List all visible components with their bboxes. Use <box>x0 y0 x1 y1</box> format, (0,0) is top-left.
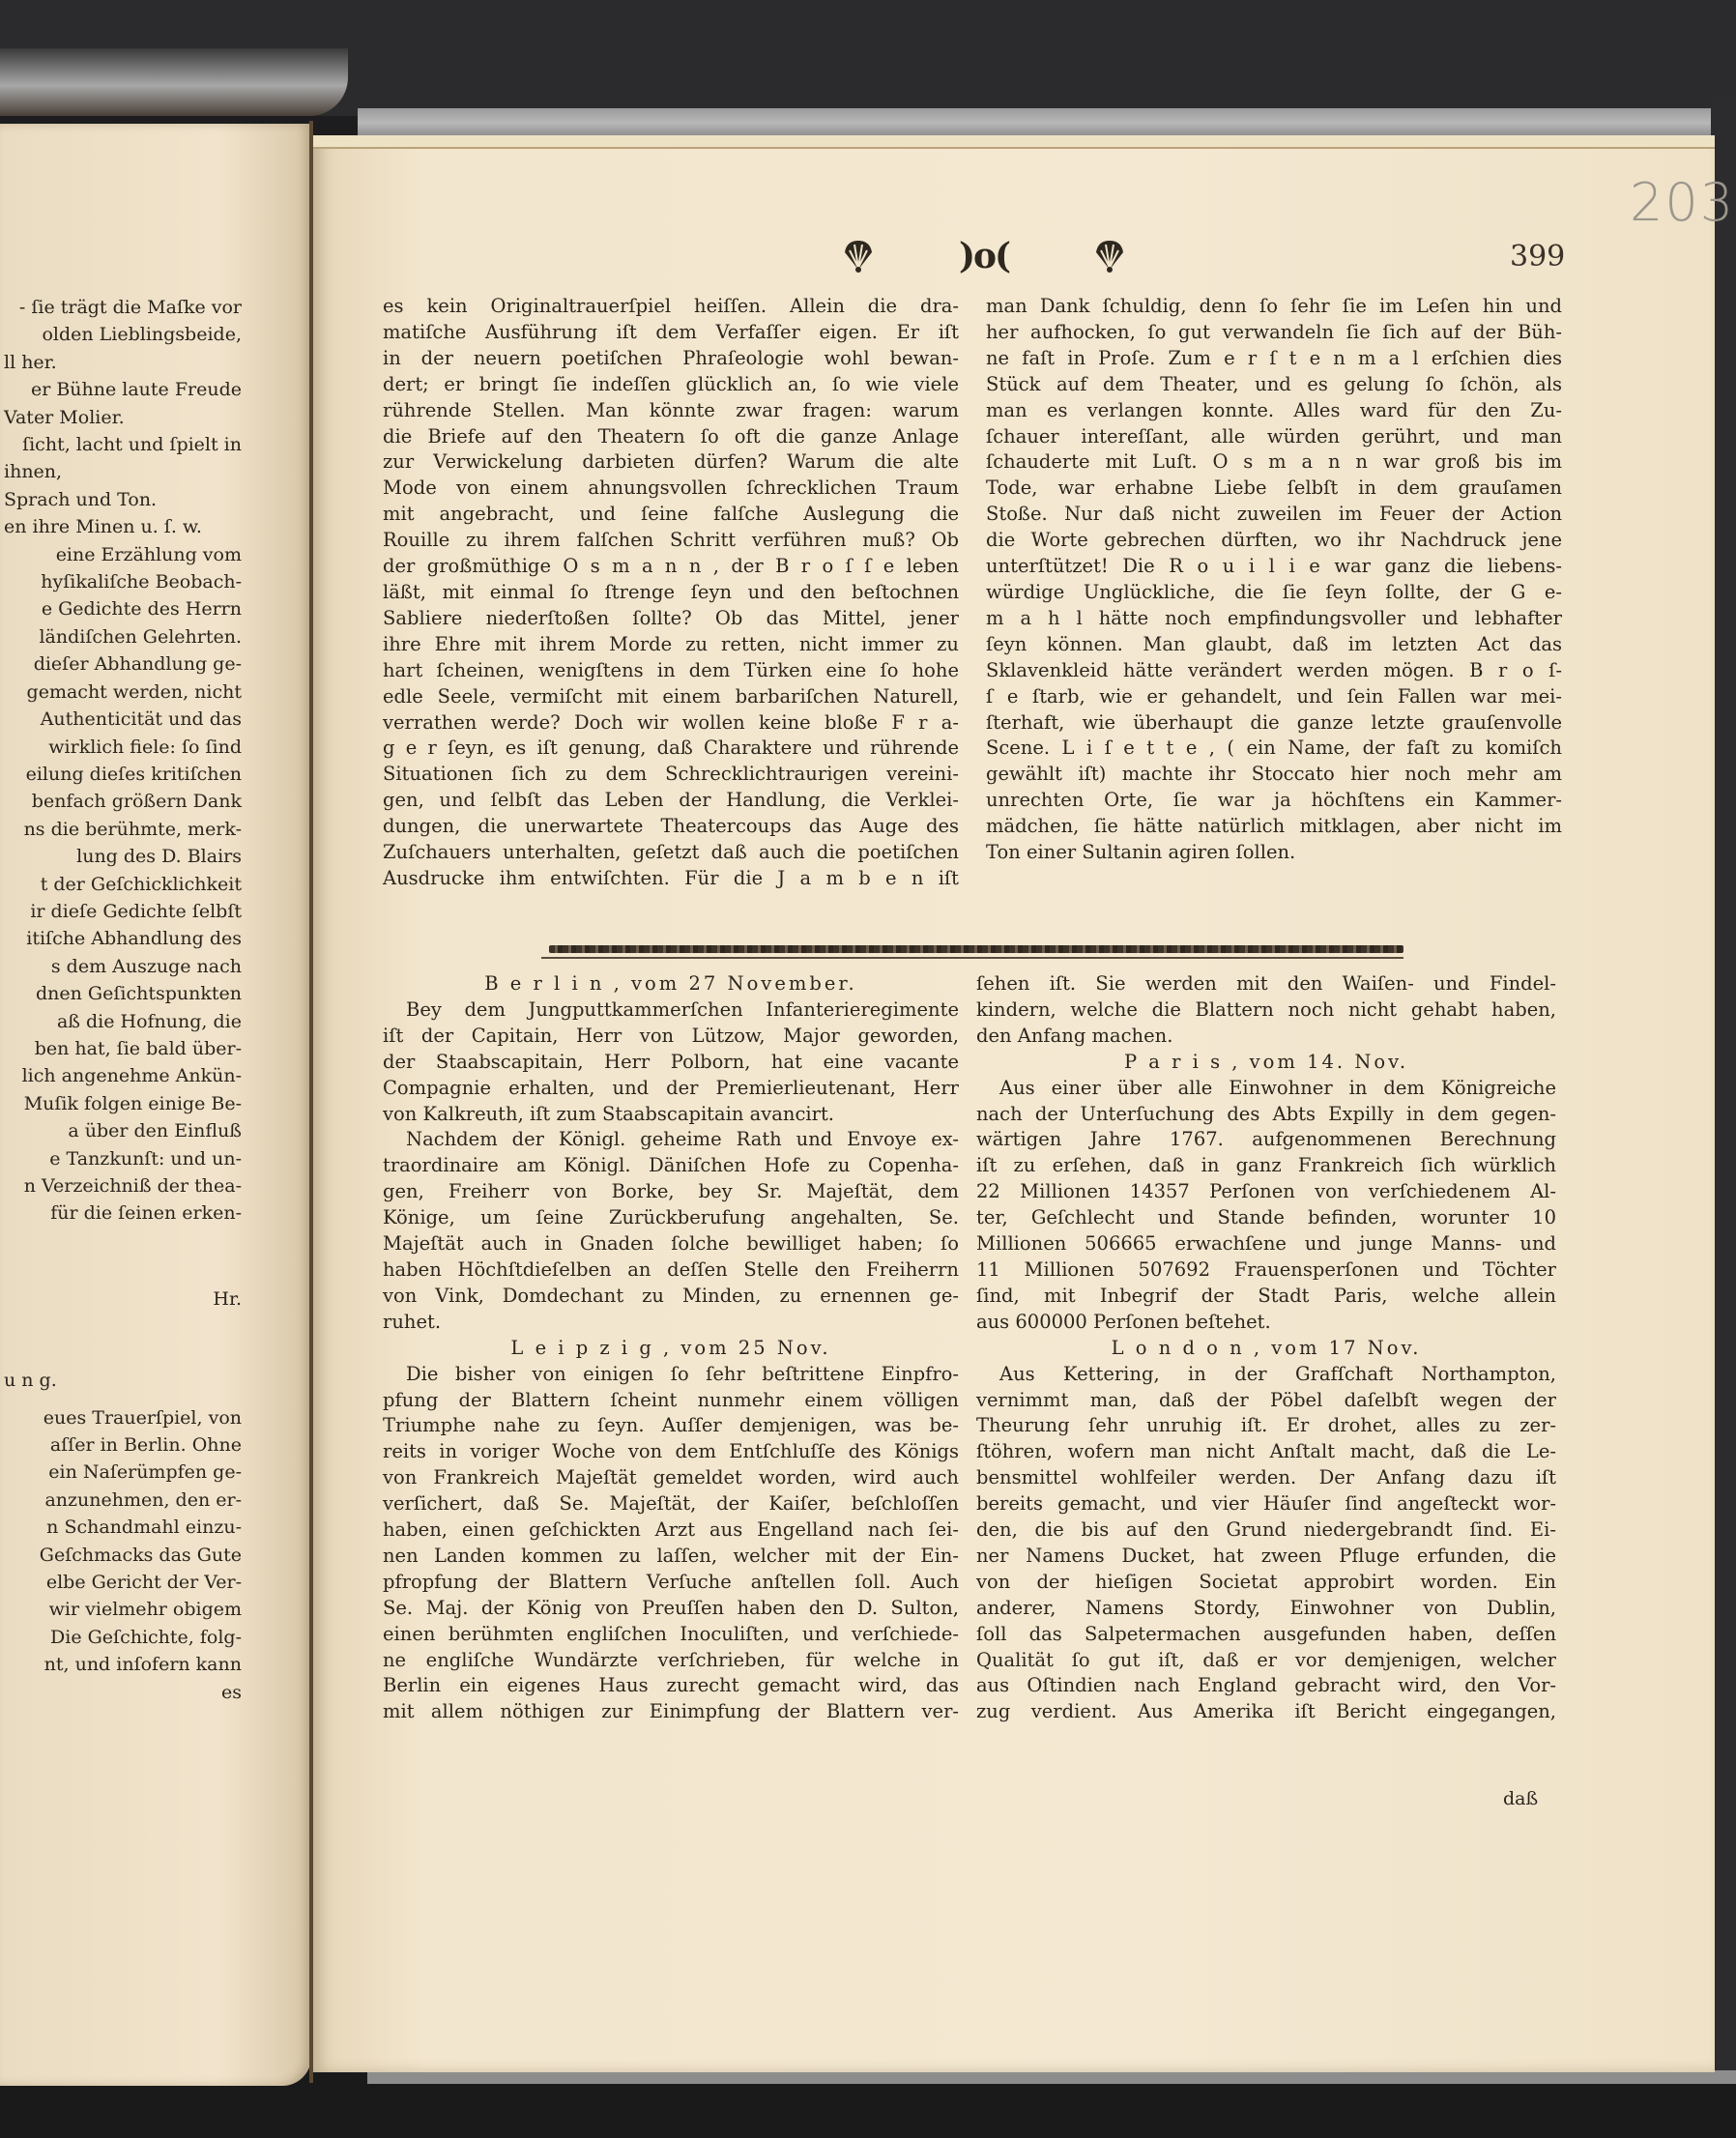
spacer <box>4 1313 242 1367</box>
news-column-left: B e r l i n , vom 27 November.Bey dem Ju… <box>383 971 959 1725</box>
left-page-line: aß die Hofnung, die <box>4 1008 242 1035</box>
review-line: g e r ſeyn, es iſt genung, daß Charakter… <box>383 736 959 762</box>
left-page-line: t der Geſchicklichkeit <box>4 871 242 898</box>
book-cover-edge-left <box>0 48 348 116</box>
section-heading: u n g. <box>4 1367 242 1394</box>
left-page-line: olden Lieblingsbeide, <box>4 321 242 348</box>
left-page-line: Authenticität und das <box>4 706 242 733</box>
review-line: Sabliere niederſtoßen ſollte? Ob das Mit… <box>383 606 959 632</box>
signature: Hr. <box>4 1286 242 1313</box>
left-page-line: lung des D. Blairs <box>4 843 242 870</box>
news-line: nach der Unterſuchung des Abts Expilly i… <box>976 1102 1556 1128</box>
news-line: verſichert, daß Se. Majeſtät, der Kaiſer… <box>383 1491 959 1517</box>
news-line: haben Höchſtdieſelben an deſſen Stelle d… <box>383 1257 959 1284</box>
news-line: Aus einer über alle Einwohner in dem Kön… <box>976 1076 1556 1102</box>
review-line: her aufhocken, ſo gut verwandeln ſie ſic… <box>986 320 1562 346</box>
news-line: ner Namens Ducket, hat zween Pfluge erfu… <box>976 1544 1556 1570</box>
review-line: Zuſchauers unterhalten, geſetzt daß auch… <box>383 840 959 866</box>
left-page-line: anzunehmen, den er- <box>4 1487 242 1514</box>
left-page-line: gemacht werden, nicht <box>4 679 242 706</box>
left-page-line: e Tanzkunſt: und un- <box>4 1145 242 1172</box>
news-line: 22 Millionen 14357 Perſonen von verſchie… <box>976 1179 1556 1205</box>
review-line: dungen, die unerwartete Theatercoups das… <box>383 814 959 840</box>
news-line: kindern, welche die Blattern noch nicht … <box>976 997 1556 1024</box>
left-page-line: itiſche Abhandlung des <box>4 925 242 952</box>
review-line: gewählt iſt) machte ihr Stoccato hier no… <box>986 762 1562 788</box>
dateline-paris: P a r i s , vom 14. Nov. <box>976 1050 1556 1076</box>
left-page-line: a über den Einfluß <box>4 1117 242 1144</box>
left-page-line: ein Naſerümpfen ge- <box>4 1459 242 1486</box>
left-page-line: dieſer Abhandlung ge- <box>4 650 242 678</box>
review-line: Situationen ſich zu dem Schrecklichtraur… <box>383 762 959 788</box>
spacer <box>4 1395 242 1404</box>
news-line: den, die bis auf den Grund niedergebrand… <box>976 1517 1556 1544</box>
review-line: man Dank ſchuldig, denn ſo ſehr ſie im L… <box>986 294 1562 320</box>
book-cover-edge-bottom <box>367 2070 1736 2084</box>
section-divider-thin-rule <box>541 957 1403 959</box>
news-line: aus 600000 Perſonen beſtehet. <box>976 1310 1556 1336</box>
review-line: unrechten Orte, ſie war ja höchſtens ein… <box>986 788 1562 814</box>
left-page-line: ben hat, ſie bald über- <box>4 1035 242 1062</box>
review-line: mit angebracht, und ſeine falſche Ausleg… <box>383 502 959 528</box>
shell-ornament-icon <box>839 239 878 274</box>
review-line: Tode, war erhabne Liebe ſelbſt in dem gr… <box>986 476 1562 502</box>
news-line: 11 Millionen 507692 Frauensperſonen und … <box>976 1257 1556 1284</box>
review-line: der großmüthige O s m a n n , der B r o … <box>383 554 959 580</box>
left-page-line: Muſik folgen einige Be- <box>4 1090 242 1117</box>
review-line: läßt, mit einmal ſo ſtrenge ſeyn und den… <box>383 580 959 606</box>
left-page-line: Sprach und Ton. <box>4 486 242 513</box>
review-line: würdige Unglückliche, die ſie ſeyn ſollt… <box>986 580 1562 606</box>
review-line: gen, und ſelbſt das Leben der Handlung, … <box>383 788 959 814</box>
news-line: wärtigen Jahre 1767. aufgenommenen Berec… <box>976 1127 1556 1153</box>
news-line: ruhet. <box>383 1310 959 1336</box>
left-page-line: Geſchmacks das Gute <box>4 1542 242 1569</box>
left-page-line: elbe Gericht der Ver- <box>4 1569 242 1596</box>
review-line: Rouille zu ihrem falſchen Schritt verfüh… <box>383 528 959 554</box>
review-line: ſterhaft, wie überhaupt die ganze letzte… <box>986 710 1562 737</box>
page-number: 399 <box>1510 240 1565 274</box>
left-page-line: e Gedichte des Herrn <box>4 595 242 622</box>
news-line: von Kalkreuth, iſt zum Staabscapitain av… <box>383 1102 959 1128</box>
spacer <box>4 1228 242 1286</box>
left-page-line: - ſie trägt die Maſke vor <box>4 294 242 321</box>
news-line: ſind, mit Inbegrif der Stadt Paris, welc… <box>976 1284 1556 1310</box>
review-line: rührende Stellen. Man könnte zwar fragen… <box>383 398 959 424</box>
review-column-left: es kein Originaltrauerſpiel heiſſen. All… <box>383 294 959 892</box>
review-line: unterſtützet! Die R o u i l i e war ganz… <box>986 554 1562 580</box>
review-column-right: man Dank ſchuldig, denn ſo ſehr ſie im L… <box>986 294 1562 866</box>
news-line: Aus Kettering, in der Grafſchaft Northam… <box>976 1362 1556 1388</box>
left-page-line: dnen Geſichtspunkten <box>4 980 242 1007</box>
left-page-line: hyſikaliſche Beobach- <box>4 568 242 595</box>
book-cover-edge-top <box>358 108 1736 137</box>
review-line: man es verlangen konnte. Alles ward für … <box>986 398 1562 424</box>
review-line: hart ſcheinen, wenigſtens in dem Türken … <box>383 658 959 684</box>
left-page-line: eues Trauerſpiel, von <box>4 1404 242 1431</box>
news-line: iſt der Capitain, Herr von Lützow, Major… <box>383 1024 959 1050</box>
left-page-line: ſicht, lacht und ſpielt in <box>4 431 242 458</box>
review-line: die Briefe auf den Theatern ſo oft die g… <box>383 424 959 450</box>
review-line: Sklavenkleid hätte verändert werden möge… <box>986 658 1562 684</box>
left-page-line: s dem Auszuge nach <box>4 953 242 980</box>
news-line: ter, Geſchlecht und Stande befinden, wor… <box>976 1205 1556 1231</box>
review-line: ſ e ſtarb, wie er gehandelt, und ſein Fa… <box>986 684 1562 710</box>
news-line: Millionen 506665 erwachſene und junge Ma… <box>976 1231 1556 1257</box>
review-line: ſeyn können. Man glaubt, daß im letzten … <box>986 632 1562 658</box>
shell-ornament-icon <box>1090 239 1129 274</box>
left-page-line: Vater Molier. <box>4 404 242 431</box>
news-line: vernimmt man, daß der Pöbel daſelbſt weg… <box>976 1388 1556 1414</box>
news-line: Bey dem Jungputtkammerſchen Infanteriere… <box>383 997 959 1024</box>
news-line: den Anfang machen. <box>976 1024 1556 1050</box>
review-line: in der neuern poetiſchen Phraſeologie wo… <box>383 346 959 372</box>
news-line: haben, einen geſchickten Arzt aus Engell… <box>383 1517 959 1544</box>
review-line: verrathen werde? Doch wir wollen keine b… <box>383 710 959 737</box>
news-line: ſehen iſt. Sie werden mit den Waiſen- un… <box>976 971 1556 997</box>
news-line: einen berühmten engliſchen Inoculiſten, … <box>383 1622 959 1648</box>
left-page-line: nt, und inſofern kann <box>4 1651 242 1678</box>
section-divider-rule <box>549 945 1403 953</box>
news-line: der Staabscapitain, Herr Polborn, hat ei… <box>383 1050 959 1076</box>
dateline-leipzig: L e i p z i g , vom 25 Nov. <box>383 1336 959 1362</box>
dateline-london: L o n d o n , vom 17 Nov. <box>976 1336 1556 1362</box>
news-line: Nachdem der Königl. geheime Rath und Env… <box>383 1127 959 1153</box>
left-page-line: ir dieſe Gedichte ſelbſt <box>4 898 242 925</box>
review-line: Ton einer Sultanin agiren ſollen. <box>986 840 1562 866</box>
left-page-line: aſſer in Berlin. Ohne <box>4 1431 242 1459</box>
left-page-line: lich angenehme Ankün- <box>4 1062 242 1089</box>
news-line: Könige, um ſeine Zurückberufung angehalt… <box>383 1205 959 1231</box>
news-line: ne engliſche Wundärzte verſchrieben, für… <box>383 1648 959 1674</box>
review-line: zur Verwickelung darbieten dürfen? Warum… <box>383 449 959 476</box>
review-line: ne faſt in Proſe. Zum e r ſ t e n m a l … <box>986 346 1562 372</box>
left-page-line: eilung dieſes kritiſchen <box>4 761 242 788</box>
news-line: zug verdient. Aus Amerika iſt Bericht ei… <box>976 1699 1556 1725</box>
news-line: Majeſtät auch in Gnaden ſolche bewillige… <box>383 1231 959 1257</box>
news-line: reits in voriger Woche von dem Entſchluſ… <box>383 1439 959 1465</box>
news-line: gen, Freiherr von Borke, bey Sr. Majeſtä… <box>383 1179 959 1205</box>
review-line: Ausdrucke ihm entwiſchten. Für die J a m… <box>383 866 959 892</box>
left-page-text-column: - ſie trägt die Maſke vorolden Lieblings… <box>4 294 242 1706</box>
news-line: bereits gemacht, und vier Häuſer ſind an… <box>976 1491 1556 1517</box>
news-line: Se. Maj. der König von Preuſſen haben de… <box>383 1596 959 1622</box>
ornament-center-glyph: )o( <box>959 236 1009 276</box>
news-line: ſoll das Salpetermachen ausgefunden habe… <box>976 1622 1556 1648</box>
news-line: iſt zu erſehen, daß in ganz Frankreich ſ… <box>976 1153 1556 1179</box>
news-line: von Vink, Domdechant zu Minden, zu ernen… <box>383 1284 959 1310</box>
left-page-line: n Verzeichniß der thea- <box>4 1172 242 1199</box>
left-page-line: wirklich fiele: ſo ſind <box>4 734 242 761</box>
left-page-line: er Bühne laute Freude <box>4 376 242 403</box>
left-page-line: für die ſeinen erken- <box>4 1199 242 1227</box>
news-line: Berlin ein eigenes Haus zurecht gemacht … <box>383 1673 959 1699</box>
review-line: matiſche Ausführung iſt dem Verfaſſer ei… <box>383 320 959 346</box>
archive-page-number: 203 <box>1630 172 1735 233</box>
news-column-right: ſehen iſt. Sie werden mit den Waiſen- un… <box>976 971 1556 1725</box>
review-line: Scene. L i ſ e t t e , ( ein Name, der f… <box>986 736 1562 762</box>
review-line: ſchauderte mit Luſt. O s m a n n war gro… <box>986 449 1562 476</box>
news-line: Die bisher von einigen ſo ſehr beſtritte… <box>383 1362 959 1388</box>
review-line: ihre Ehre mit ihrem Morde zu retten, nic… <box>383 632 959 658</box>
news-line: von Frankreich Majeſtät gemeldet worden,… <box>383 1465 959 1491</box>
review-line: die Worte gebrechen dürften, wo ihr Nach… <box>986 528 1562 554</box>
news-line: ſtöhren, wofern man nicht Anſtalt macht,… <box>976 1439 1556 1465</box>
dateline-berlin: B e r l i n , vom 27 November. <box>383 971 959 997</box>
review-line: Stoße. Nur daß nicht zuweilen im Feuer d… <box>986 502 1562 528</box>
news-line: aus Oſtindien nach England gebracht wird… <box>976 1673 1556 1699</box>
review-line: es kein Originaltrauerſpiel heiſſen. All… <box>383 294 959 320</box>
news-line: Theurung ſehr unruhig iſt. Er drohet, al… <box>976 1413 1556 1439</box>
catchword-right: daß <box>1503 1788 1538 1809</box>
news-line: pfropfung der Blattern Verſuche anſtelle… <box>383 1570 959 1596</box>
catchword-left: es <box>4 1679 242 1706</box>
review-line: dert; er bringt ſie indeſſen glücklich a… <box>383 372 959 398</box>
left-page-line: ihnen, <box>4 458 242 485</box>
news-line: anderer, Namens Stordy, Einwohner von Du… <box>976 1596 1556 1622</box>
review-line: Mode von einem ahnungsvollen ſchrecklich… <box>383 476 959 502</box>
review-line: edle Seele, vermiſcht mit einem barbariſ… <box>383 684 959 710</box>
news-line: Compagnie erhalten, und der Premierlieut… <box>383 1076 959 1102</box>
news-line: nen Landen kommen zu laſſen, welcher mit… <box>383 1544 959 1570</box>
news-line: traordinaire am Königl. Däniſchen Hofe z… <box>383 1153 959 1179</box>
news-line: mit allem nöthigen zur Einimpfung der Bl… <box>383 1699 959 1725</box>
news-line: von der hieſigen Societat approbirt word… <box>976 1570 1556 1596</box>
left-page-line: Die Geſchichte, folg- <box>4 1624 242 1651</box>
news-line: Triumphe nahe zu ſeyn. Auſſer demjenigen… <box>383 1413 959 1439</box>
left-page-line: ll her. <box>4 349 242 376</box>
left-page-line: benfach größern Dank <box>4 788 242 815</box>
review-line: mädchen, ſie hätte natürlich mitklagen, … <box>986 814 1562 840</box>
review-line: Stück auf dem Theater, und es gelung ſo … <box>986 372 1562 398</box>
left-page-line: wir vielmehr obigem <box>4 1596 242 1623</box>
header-ornament: )o( <box>839 236 1129 276</box>
review-line: ſchauer intereſſant, alle würden gerührt… <box>986 424 1562 450</box>
news-line: bensmittel wohlfeiler werden. Der Anfang… <box>976 1465 1556 1491</box>
left-page-line: en ihre Minen u. ſ. w. <box>4 513 242 540</box>
left-page-line: eine Erzählung vom <box>4 541 242 568</box>
left-page-line: ns die berühmte, merk- <box>4 816 242 843</box>
review-line: m a h l hätte noch empfindungsvoller und… <box>986 606 1562 632</box>
news-line: pfung der Blattern ſcheint nunmehr einem… <box>383 1388 959 1414</box>
left-page-line: n Schandmahl einzu- <box>4 1514 242 1541</box>
news-line: Qualität ſo gut iſt, daß er vor demjenig… <box>976 1648 1556 1674</box>
left-page-line: ländiſchen Gelehrten. <box>4 623 242 650</box>
